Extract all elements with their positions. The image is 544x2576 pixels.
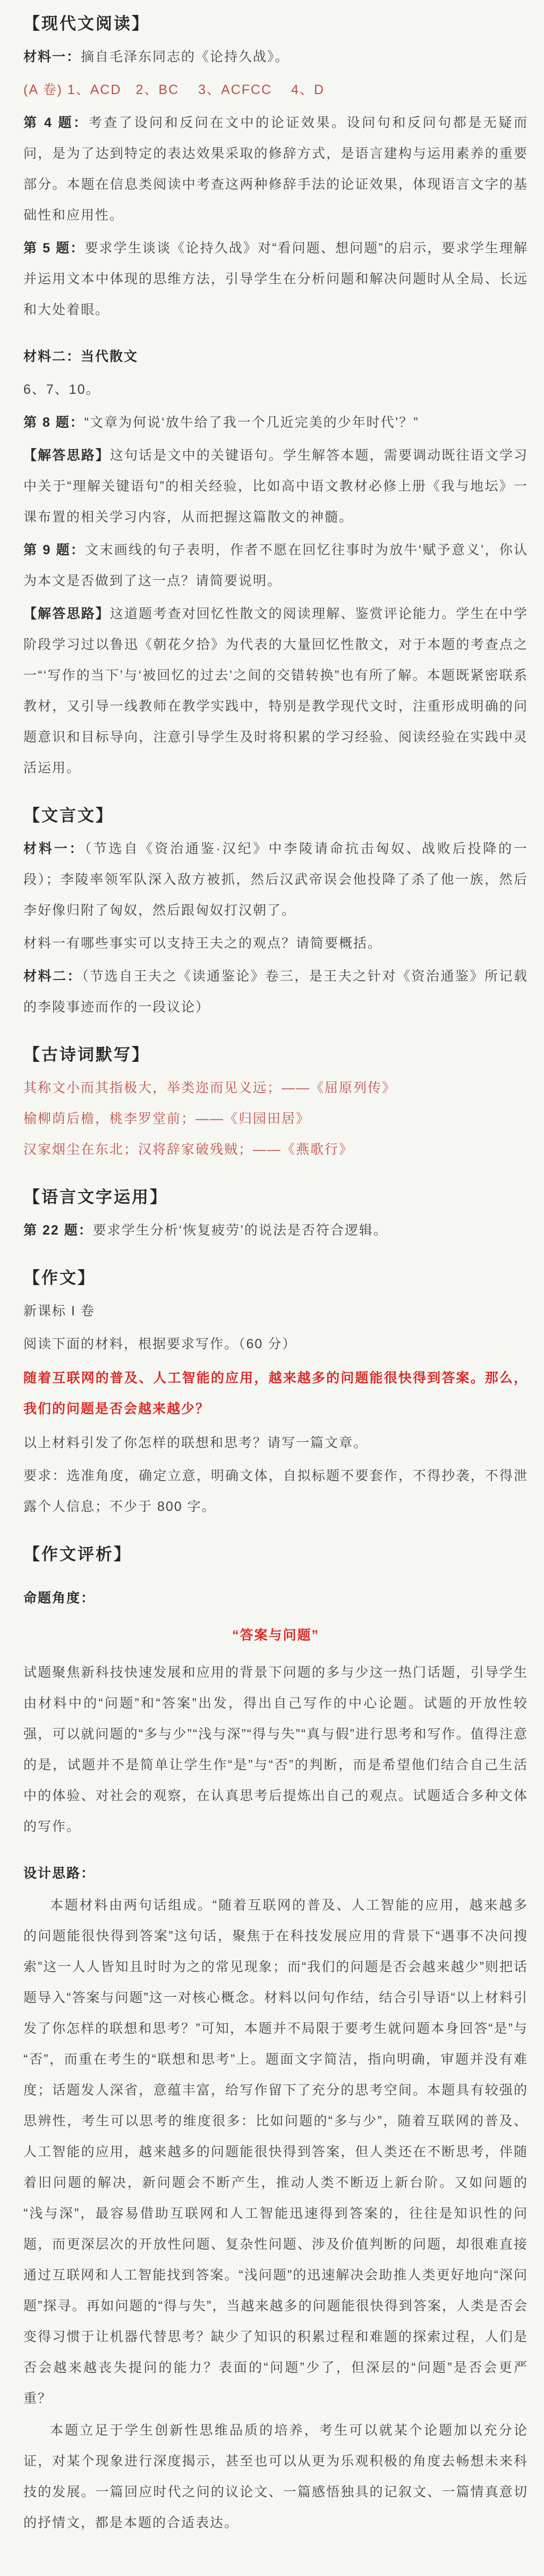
composition-prompt-text: 以上材料引发了你怎样的联想和思考？请写一篇文章。 xyxy=(23,1435,368,1450)
modern-material-1-intro-text: 摘自毛泽东同志的《论持久战》。 xyxy=(81,49,290,64)
essay-theme-title-text: “答案与问题” xyxy=(232,1628,319,1643)
dictation-line-2: 榆柳荫后檐，桃李罗堂前；——《归园田居》 xyxy=(23,1103,528,1134)
question-8-lead: 第 8 题： xyxy=(23,415,84,430)
modern-material-2-question-numbers-text: 6、7、10。 xyxy=(23,382,100,397)
section-heading-language-use-text: 【语言文字运用】 xyxy=(23,1188,168,1206)
composition-requirements: 要求：选准角度，确定立意，明确文体，自拟标题不要套作，不得抄袭，不得泄露个人信息… xyxy=(23,1460,528,1522)
new-curriculum-volume: 新课标 I 卷 xyxy=(23,1296,528,1327)
dictation-line-2-text: 榆柳荫后檐，桃李罗堂前；——《归园田居》 xyxy=(23,1111,310,1126)
design-thinking-para-2: 本题立足于学生创新性思维品质的培养，考生可以就某个论题加以充分论证，对某个现象进… xyxy=(23,2415,528,2538)
dictation-line-3-text: 汉家烟尘在东北；汉将辞家破残贼；——《燕歌行》 xyxy=(23,1142,353,1157)
classical-material-1: 材料一：（节选自《资治通鉴·汉纪》中李陵请命抗击匈奴、战败后投降的一段）；李陵率… xyxy=(23,833,528,926)
topic-angle-label-text: 命题角度： xyxy=(23,1591,95,1606)
composition-material-text: 随着互联网的普及、人工智能的应用，越来越多的问题能很快得到答案。那么，我们的问题… xyxy=(23,1371,528,1416)
document-body: 【现代文阅读】材料一：摘自毛泽东同志的《论持久战》。(A 卷) 1、ACD 2、… xyxy=(23,12,528,2538)
essay-theme-title: “答案与问题” xyxy=(23,1620,528,1651)
question-9-solution: 【解答思路】这道题考查对回忆性散文的阅读理解、鉴赏评论能力。学生在中学阶段学习过… xyxy=(23,598,528,783)
question-9-solution-text: 这道题考查对回忆性散文的阅读理解、鉴赏评论能力。学生在中学阶段学习过以鲁迅《朝花… xyxy=(23,606,528,775)
composition-material: 随着互联网的普及、人工智能的应用，越来越多的问题能很快得到答案。那么，我们的问题… xyxy=(23,1363,528,1424)
question-4-analysis-lead: 第 4 题： xyxy=(23,115,89,130)
modern-material-2-question-numbers: 6、7、10。 xyxy=(23,374,528,405)
topic-angle-analysis-text: 试题聚焦新科技快速发展和应用的背景下问题的多与少这一热门话题，引导学生由材料中的… xyxy=(23,1665,528,1834)
classical-material-2-text: （节选自王夫之《读通鉴论》卷三，是王夫之针对《资治通鉴》所记载的李陵事迹而作的一… xyxy=(23,969,528,1015)
classical-question: 材料一有哪些事实可以支持王夫之的观点？请简要概括。 xyxy=(23,928,528,959)
design-thinking-label-text: 设计思路： xyxy=(23,1866,95,1881)
section-heading-poetry-dictation: 【古诗词默写】 xyxy=(23,1043,528,1067)
question-8-solution-lead: 【解答思路】 xyxy=(23,448,110,463)
composition-instruction-text: 阅读下面的材料，根据要求写作。（60 分） xyxy=(23,1337,296,1352)
topic-angle-analysis: 试题聚焦新科技快速发展和应用的背景下问题的多与少这一热门话题，引导学生由材料中的… xyxy=(23,1657,528,1842)
section-heading-classical-chinese: 【文言文】 xyxy=(23,804,528,828)
classical-question-text: 材料一有哪些事实可以支持王夫之的观点？请简要概括。 xyxy=(23,936,382,951)
dictation-line-1-text: 其称文小而其指极大，举类迩而见义远；——《屈原列传》 xyxy=(23,1080,396,1095)
classical-material-2: 材料二：（节选自王夫之《读通鉴论》卷三，是王夫之针对《资治通鉴》所记载的李陵事迹… xyxy=(23,961,528,1023)
question-8-text: “文章为何说‘放牛给了我一个几近完美的少年时代’？” xyxy=(84,415,419,430)
section-heading-poetry-dictation-text: 【古诗词默写】 xyxy=(23,1045,150,1064)
question-8-solution: 【解答思路】这句话是文中的关键语句。学生解答本题，需要调动既往语文学习中关于“理… xyxy=(23,440,528,533)
classical-material-1-lead: 材料一： xyxy=(23,841,84,856)
design-thinking-para-1: 本题材料由两句话组成。“随着互联网的普及、人工智能的应用，越来越多的问题能很快得… xyxy=(23,1890,528,2414)
modern-material-2-label: 材料二：当代散文 xyxy=(23,341,528,372)
question-5-analysis: 第 5 题：要求学生谈谈《论持久战》对“看问题、想问题”的启示，要求学生理解并运… xyxy=(23,233,528,325)
question-22-lead: 第 22 题： xyxy=(23,1223,93,1238)
question-9-solution-lead: 【解答思路】 xyxy=(23,606,110,621)
question-9-lead: 第 9 题： xyxy=(23,543,85,558)
modern-material-1-intro: 材料一：摘自毛泽东同志的《论持久战》。 xyxy=(23,41,528,72)
section-heading-classical-chinese-text: 【文言文】 xyxy=(23,806,114,825)
modern-material-1-intro-lead: 材料一： xyxy=(23,49,81,64)
question-22: 第 22 题：要求学生分析‘恢复疲劳’的说法是否符合逻辑。 xyxy=(23,1215,528,1246)
composition-requirements-text: 要求：选准角度，确定立意，明确文体，自拟标题不要套作，不得抄袭，不得泄露个人信息… xyxy=(23,1468,528,1514)
section-heading-modern-text-reading: 【现代文阅读】 xyxy=(23,12,528,36)
question-5-analysis-text: 要求学生谈谈《论持久战》对“看问题、想问题”的启示，要求学生理解并运用文本中体现… xyxy=(23,241,528,317)
section-heading-language-use: 【语言文字运用】 xyxy=(23,1185,528,1210)
section-heading-modern-text-reading-text: 【现代文阅读】 xyxy=(23,14,150,33)
topic-angle-label: 命题角度： xyxy=(23,1583,528,1614)
question-8: 第 8 题：“文章为何说‘放牛给了我一个几近完美的少年时代’？” xyxy=(23,407,528,438)
answers-line-a-volume: (A 卷) 1、ACD 2、BC 3、ACFCC 4、D xyxy=(23,74,528,105)
design-thinking-para-2-text: 本题立足于学生创新性思维品质的培养，考生可以就某个论题加以充分论证，对某个现象进… xyxy=(23,2423,528,2530)
question-5-analysis-lead: 第 5 题： xyxy=(23,241,84,256)
new-curriculum-volume-text: 新课标 I 卷 xyxy=(23,1304,95,1319)
question-9: 第 9 题：文末画线的句子表明，作者不愿在回忆往事时为放牛‘赋予意义’，你认为本… xyxy=(23,535,528,596)
document-page: 【现代文阅读】材料一：摘自毛泽东同志的《论持久战》。(A 卷) 1、ACD 2、… xyxy=(0,0,544,2576)
dictation-line-1: 其称文小而其指极大，举类迩而见义远；——《屈原列传》 xyxy=(23,1072,528,1103)
design-thinking-para-1-text: 本题材料由两句话组成。“随着互联网的普及、人工智能的应用，越来越多的问题能很快得… xyxy=(23,1898,528,2406)
design-thinking-label: 设计思路： xyxy=(23,1858,528,1889)
question-4-analysis: 第 4 题：考查了设问和反问在文中的论证效果。设问句和反问句都是无疑而问，是为了… xyxy=(23,107,528,231)
question-22-text: 要求学生分析‘恢复疲劳’的说法是否符合逻辑。 xyxy=(93,1223,388,1238)
section-heading-composition-review: 【作文评析】 xyxy=(23,1542,528,1567)
classical-material-2-lead: 材料二： xyxy=(23,969,82,984)
question-9-text: 文末画线的句子表明，作者不愿在回忆往事时为放牛‘赋予意义’，你认为本文是否做到了… xyxy=(23,543,528,588)
composition-prompt: 以上材料引发了你怎样的联想和思考？请写一篇文章。 xyxy=(23,1428,528,1458)
classical-material-1-text: （节选自《资治通鉴·汉纪》中李陵请命抗击匈奴、战败后投降的一段）；李陵率领军队深… xyxy=(23,841,528,918)
modern-material-2-label-text: 材料二：当代散文 xyxy=(23,349,138,364)
question-4-analysis-text: 考查了设问和反问在文中的论证效果。设问句和反问句都是无疑而问，是为了达到特定的表… xyxy=(23,115,528,223)
composition-instruction: 阅读下面的材料，根据要求写作。（60 分） xyxy=(23,1329,528,1359)
section-heading-composition: 【作文】 xyxy=(23,1266,528,1290)
dictation-line-3: 汉家烟尘在东北；汉将辞家破残贼；——《燕歌行》 xyxy=(23,1134,528,1165)
section-heading-composition-text: 【作文】 xyxy=(23,1269,96,1287)
answers-line-a-volume-text: (A 卷) 1、ACD 2、BC 3、ACFCC 4、D xyxy=(23,82,325,97)
section-heading-composition-review-text: 【作文评析】 xyxy=(23,1545,132,1564)
